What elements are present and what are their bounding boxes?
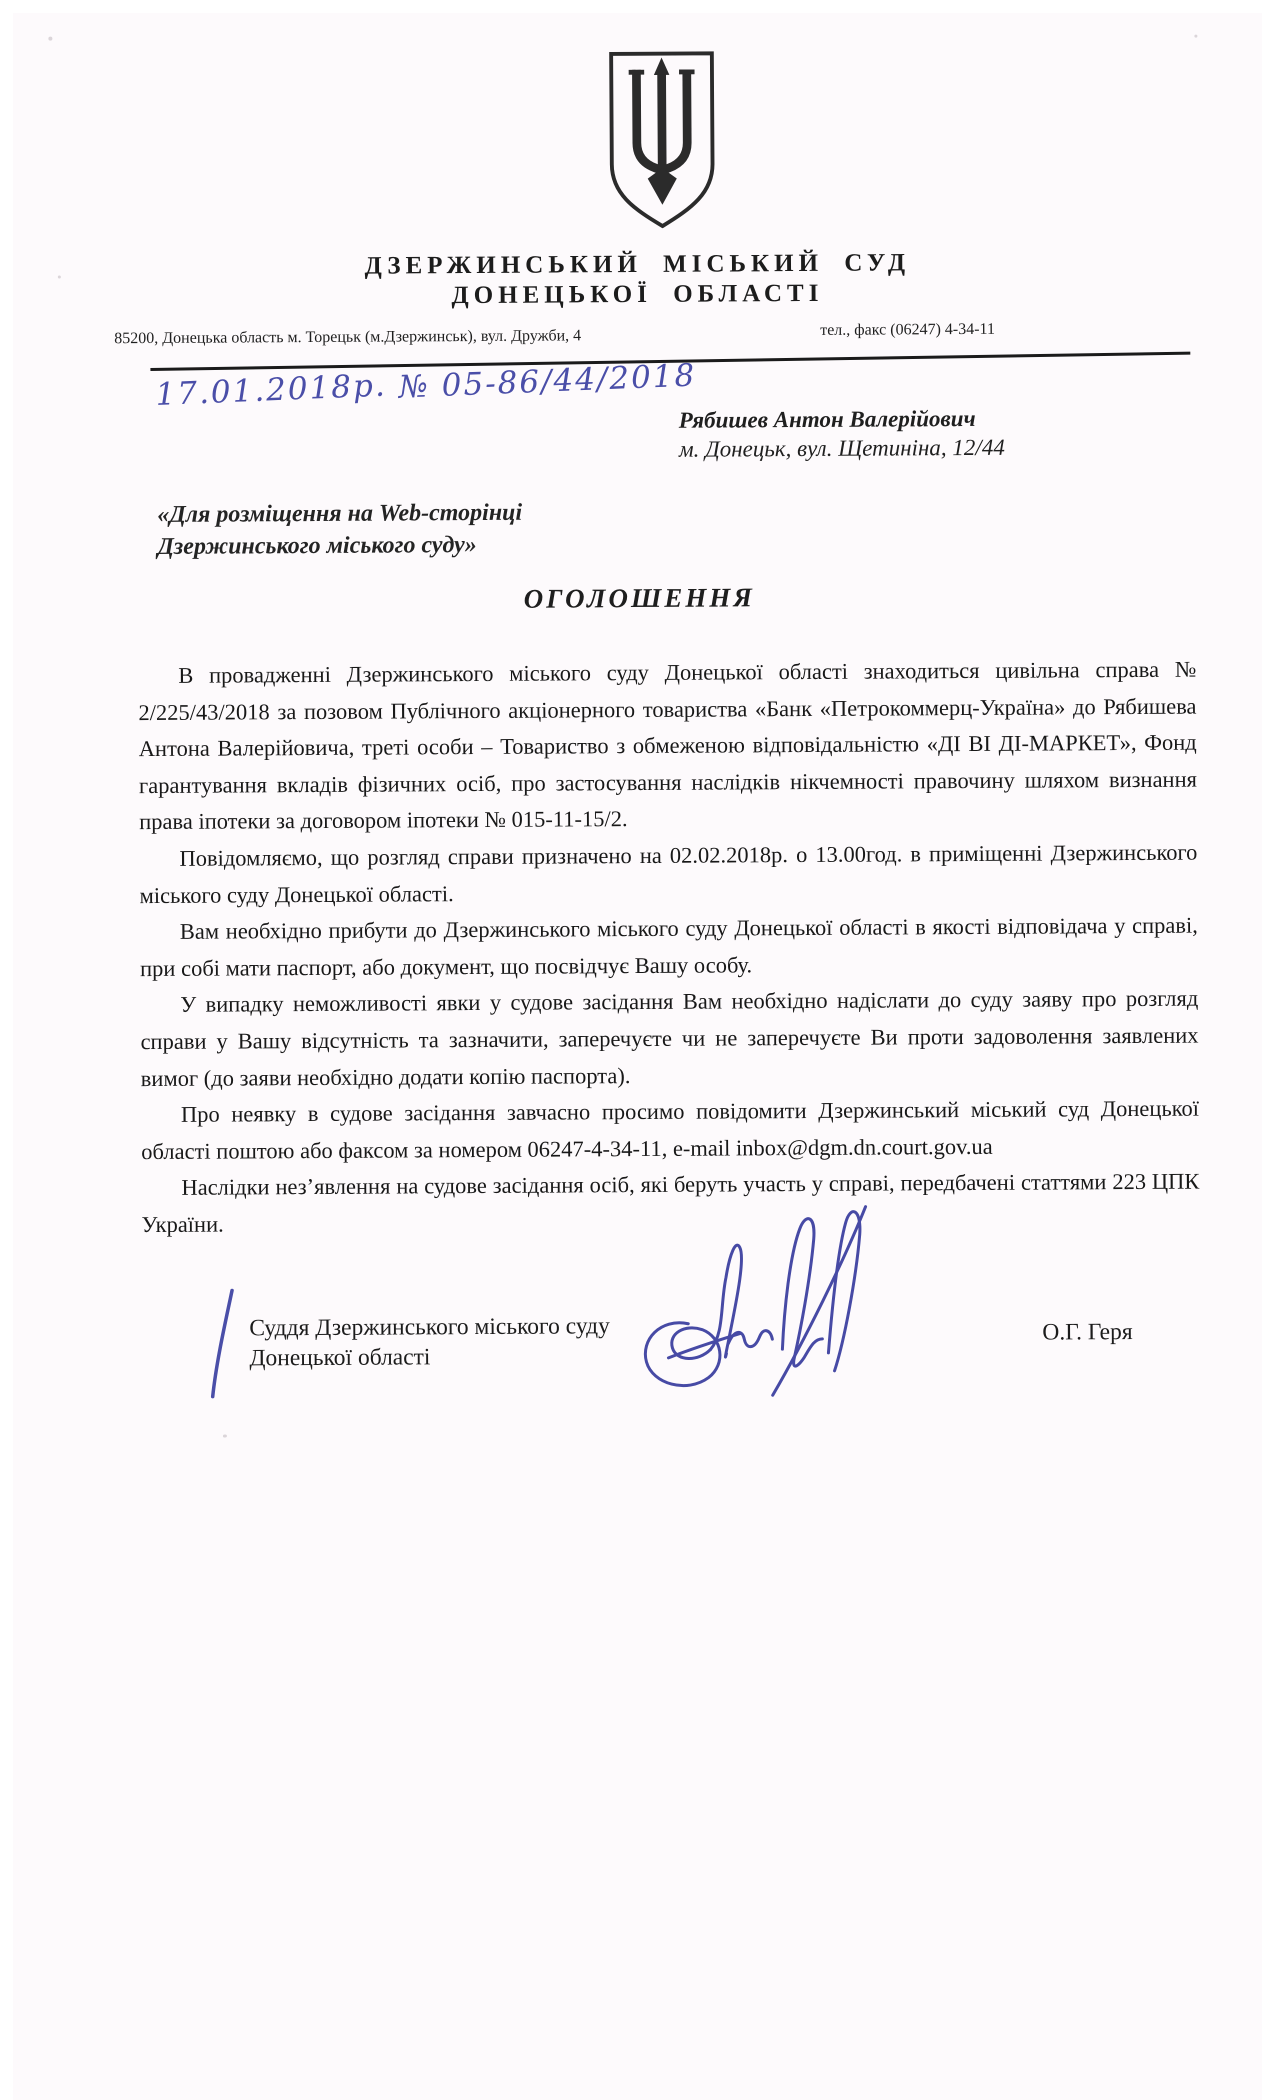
court-phone-fax: тел., факс (06247) 4-34-11 (820, 321, 995, 340)
body-paragraph: У випадку неможливості явки у судове зас… (140, 981, 1199, 1097)
judge-title-line2: Донецької області (249, 1341, 610, 1373)
recipient-block: Рябишев Антон Валерійович м. Донецьк, ву… (679, 404, 1005, 464)
court-address: 85200, Донецька область м. Торецьк (м.Дз… (114, 327, 581, 348)
court-name: ДЗЕРЖИНСЬКИЙ МІСЬКИЙ СУД ДОНЕЦЬКОЇ ОБЛАС… (0, 246, 1275, 314)
scan-speck (1194, 35, 1197, 38)
web-posting-note: «Для розміщення на Web-сторінці Дзержинс… (157, 497, 522, 563)
court-name-line2: ДОНЕЦЬКОЇ ОБЛАСТІ (0, 276, 1275, 314)
body-paragraph: Вам необхідно прибути до Дзержинського м… (140, 908, 1198, 988)
body-paragraph: Повідомляємо, що розгляд справи призначе… (139, 835, 1197, 915)
letter-content: ДЗЕРЖИНСЬКИЙ МІСЬКИЙ СУД ДОНЕЦЬКОЇ ОБЛАС… (0, 0, 1275, 2100)
recipient-address: м. Донецьк, вул. Щетиніна, 12/44 (679, 433, 1005, 464)
document-title: ОГОЛОШЕННЯ (2, 579, 1275, 618)
handwritten-date: 17.01.2018р. (155, 368, 387, 413)
web-note-line1: «Для розміщення на Web-сторінці (157, 497, 522, 531)
recipient-name: Рябишев Антон Валерійович (679, 404, 1005, 435)
judge-title: Суддя Дзержинського міського суду Донець… (249, 1311, 610, 1373)
ukraine-trident-emblem (602, 48, 721, 233)
judge-name: О.Г. Геря (1042, 1319, 1132, 1347)
pen-slash-mark (198, 1284, 247, 1402)
web-note-line2: Дзержинського міського суду» (157, 529, 522, 563)
letter-body: В провадженні Дзержинського міського суд… (138, 652, 1200, 1244)
judge-signature (623, 1181, 886, 1405)
scan-speck (223, 1435, 227, 1438)
body-paragraph: В провадженні Дзержинського міського суд… (138, 652, 1197, 841)
body-paragraph: Про неявку в судове засідання завчасно п… (141, 1091, 1199, 1171)
scanned-court-letter: ДЗЕРЖИНСЬКИЙ МІСЬКИЙ СУД ДОНЕЦЬКОЇ ОБЛАС… (0, 0, 1275, 2100)
judge-title-line1: Суддя Дзержинського міського суду (249, 1311, 610, 1343)
scan-speck (48, 37, 52, 41)
